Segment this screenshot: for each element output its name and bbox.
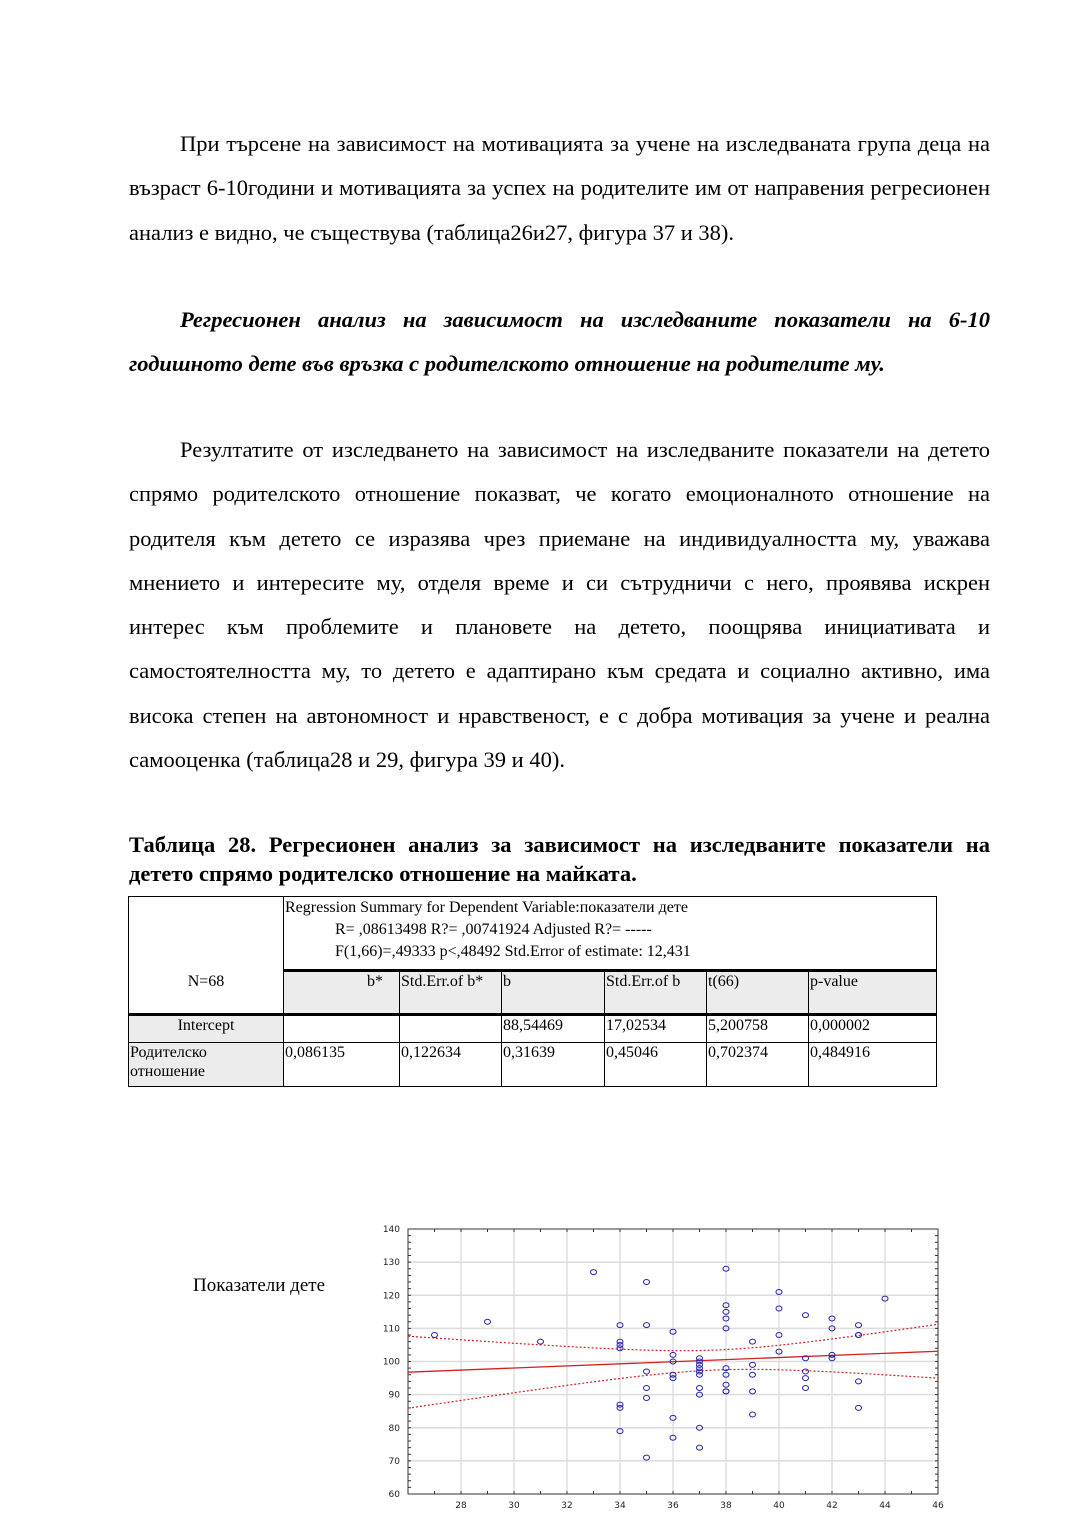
table-row: Intercept 88,54469 17,02534 5,200758 0,0… [129, 1015, 937, 1043]
svg-text:130: 130 [383, 1258, 400, 1268]
cell: 0,122634 [400, 1043, 502, 1087]
section-heading: Регресионен анализ на зависимост на изсл… [129, 298, 990, 387]
scatter-plot: 6070809010011012013014028303234363840424… [360, 1220, 960, 1520]
col-header: p-value [809, 971, 937, 1015]
col-header: t(66) [707, 971, 809, 1015]
svg-text:32: 32 [561, 1501, 572, 1511]
cell: 0,000002 [809, 1015, 937, 1043]
cell: 0,484916 [809, 1043, 937, 1087]
col-header: b* [284, 971, 400, 1015]
cell: 5,200758 [707, 1015, 809, 1043]
svg-text:110: 110 [383, 1324, 400, 1334]
document-page: При търсене на зависимост на мотивацията… [0, 0, 1080, 1527]
svg-text:44: 44 [879, 1501, 891, 1511]
cell [284, 1015, 400, 1043]
summary-line-1: Regression Summary for Dependent Variabl… [285, 897, 935, 919]
col-header: Std.Err.of b [605, 971, 707, 1015]
svg-text:46: 46 [932, 1501, 944, 1511]
cell: 0,31639 [502, 1043, 605, 1087]
table-caption: Таблица 28. Регресионен анализ за зависи… [129, 830, 990, 888]
col-header: Std.Err.of b* [400, 971, 502, 1015]
svg-text:36: 36 [667, 1501, 679, 1511]
svg-text:34: 34 [614, 1501, 626, 1511]
svg-text:120: 120 [383, 1291, 400, 1301]
intro-paragraph: При търсене на зависимост на мотивацията… [129, 122, 990, 255]
regression-table: N=68 Regression Summary for Dependent Va… [128, 896, 937, 1087]
svg-text:90: 90 [389, 1391, 401, 1401]
n-label: N=68 [129, 897, 284, 1015]
svg-text:28: 28 [455, 1501, 467, 1511]
results-paragraph: Резултатите от изследването на зависимос… [129, 428, 990, 782]
svg-text:38: 38 [720, 1501, 732, 1511]
chart-y-label: Показатели дете [193, 1275, 325, 1297]
svg-text:140: 140 [383, 1225, 400, 1235]
svg-text:42: 42 [826, 1501, 837, 1511]
row-label: Родителско отношение [129, 1043, 284, 1087]
cell: 88,54469 [502, 1015, 605, 1043]
cell: 0,086135 [284, 1043, 400, 1087]
cell: 0,45046 [605, 1043, 707, 1087]
cell [400, 1015, 502, 1043]
svg-text:30: 30 [508, 1501, 520, 1511]
table-row: Родителско отношение 0,086135 0,122634 0… [129, 1043, 937, 1087]
cell: 0,702374 [707, 1043, 809, 1087]
heading-text: Регресионен анализ на зависимост на изсл… [129, 307, 990, 376]
results-text: Резултатите от изследването на зависимос… [129, 437, 990, 772]
svg-text:70: 70 [389, 1457, 401, 1467]
svg-text:60: 60 [389, 1490, 401, 1500]
svg-text:80: 80 [389, 1424, 401, 1434]
summary-line-3: F(1,66)=,49333 p<,48492 Std.Error of est… [285, 941, 935, 963]
svg-text:100: 100 [383, 1358, 400, 1368]
intro-text: При търсене на зависимост на мотивацията… [129, 131, 990, 245]
cell: 17,02534 [605, 1015, 707, 1043]
svg-text:40: 40 [773, 1501, 785, 1511]
row-label: Intercept [129, 1015, 284, 1043]
col-header: b [502, 971, 605, 1015]
regression-summary: Regression Summary for Dependent Variabl… [284, 897, 937, 971]
summary-line-2: R= ,08613498 R?= ,00741924 Adjusted R?= … [285, 919, 935, 941]
